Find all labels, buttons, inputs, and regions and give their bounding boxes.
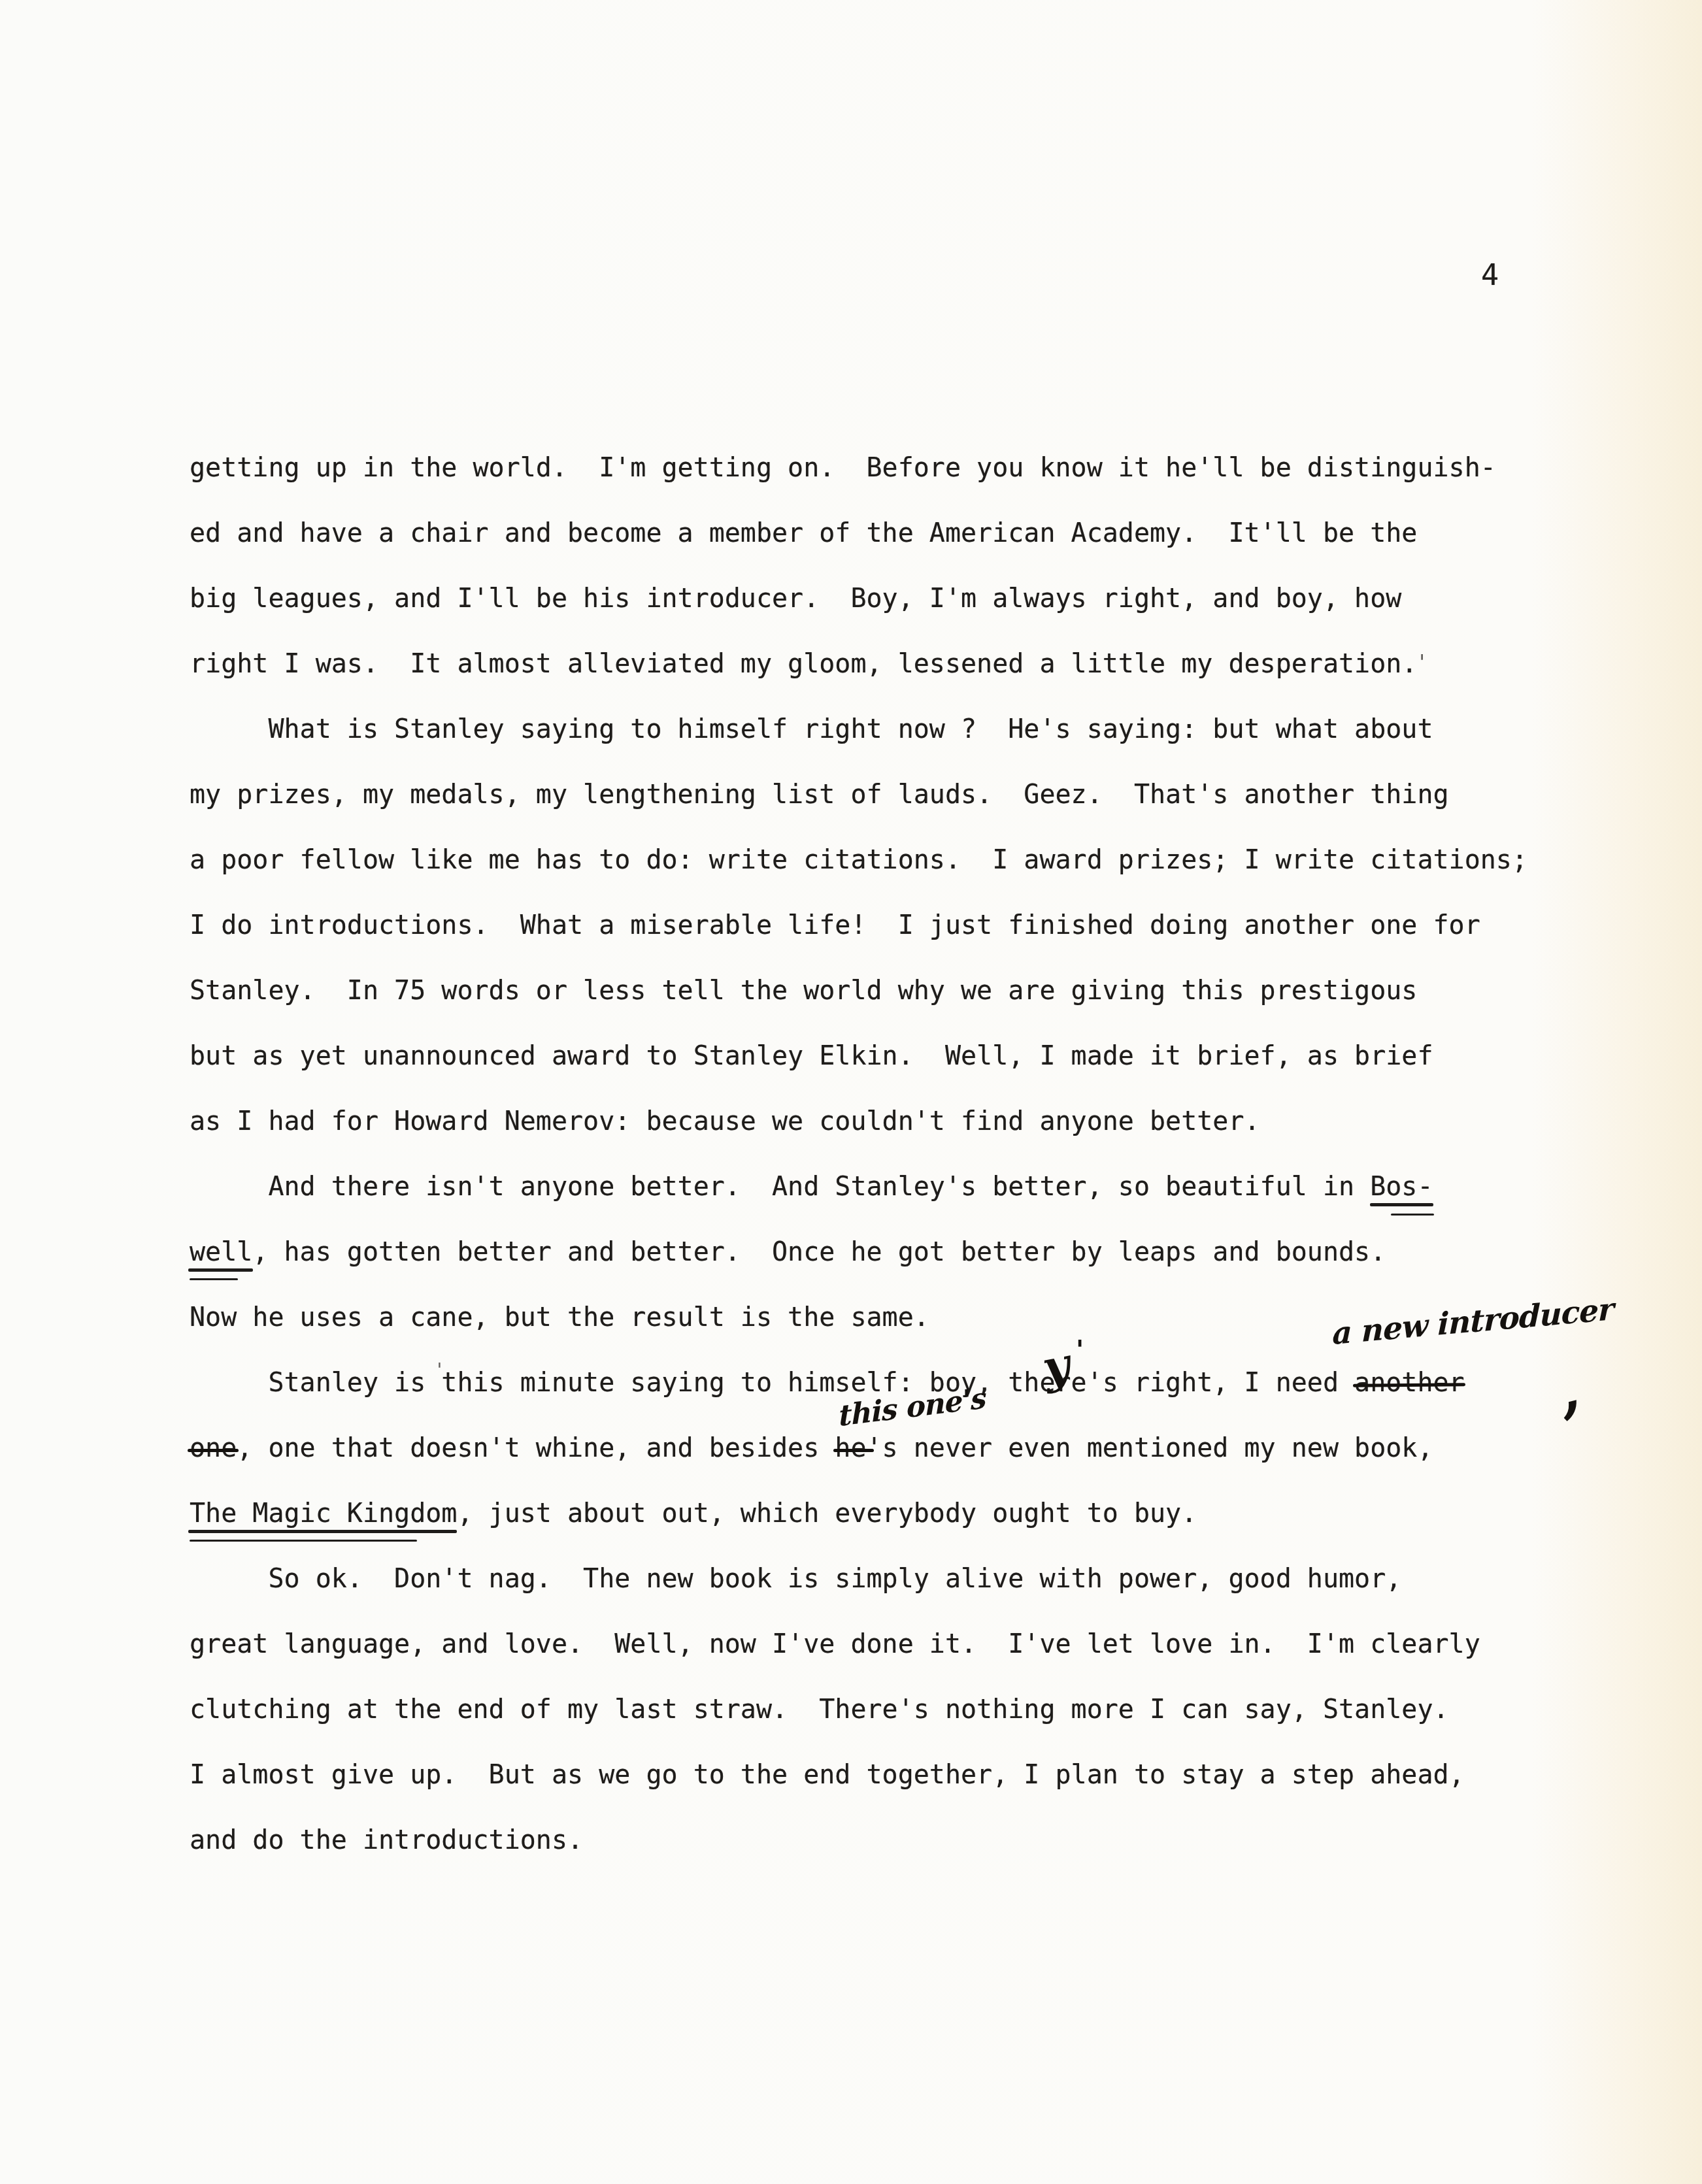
typed-line: And there isn't anyone better. And Stanl… [190,1154,1601,1219]
underline-well [188,1268,253,1272]
typed-line: right I was. It almost alleviated my glo… [190,631,1601,697]
typed-line: What is Stanley saying to himself right … [190,697,1601,762]
strikethrough-he [833,1449,874,1452]
stray-ink-tick: ' [434,1359,445,1381]
typed-line: I almost give up. But as we go to the en… [190,1742,1601,1808]
underline-magic-kingdom [188,1530,457,1533]
typed-line: as I had for Howard Nemerov: because we … [190,1089,1601,1154]
manuscript-page: 4 getting up in the world. I'm getting o… [0,0,1702,2184]
typed-line: ed and have a chair and become a member … [190,501,1601,566]
typed-line: great language, and love. Well, now I've… [190,1612,1601,1677]
typed-text-block: getting up in the world. I'm getting on.… [190,435,1601,1873]
page-number: 4 [1481,260,1499,290]
stray-ink-tick: ' [1416,650,1428,674]
typed-line: clutching at the end of my last straw. T… [190,1677,1601,1742]
strikethrough-one [188,1449,239,1452]
handwritten-apostrophe: ' [1076,1334,1083,1365]
typed-line: but as yet unannounced award to Stanley … [190,1023,1601,1089]
underline-bos [1370,1203,1433,1206]
typed-line: big leagues, and I'll be his introducer.… [190,566,1601,631]
typed-line: and do the introductions. [190,1808,1601,1873]
typed-line: I do introductions. What a miserable lif… [190,893,1601,958]
typed-line: getting up in the world. I'm getting on.… [190,435,1601,501]
typed-line: So ok. Don't nag. The new book is simply… [190,1546,1601,1612]
underline-magic-kingdom-second [190,1540,417,1542]
underline-well-second [190,1278,238,1280]
typed-line: well, has gotten better and better. Once… [190,1219,1601,1285]
typed-line: The Magic Kingdom, just about out, which… [190,1481,1601,1546]
typed-line: my prizes, my medals, my lengthening lis… [190,762,1601,827]
underline-bos-second [1391,1214,1434,1216]
typed-line: Stanley. In 75 words or less tell the wo… [190,958,1601,1023]
typed-line: a poor fellow like me has to do: write c… [190,827,1601,893]
